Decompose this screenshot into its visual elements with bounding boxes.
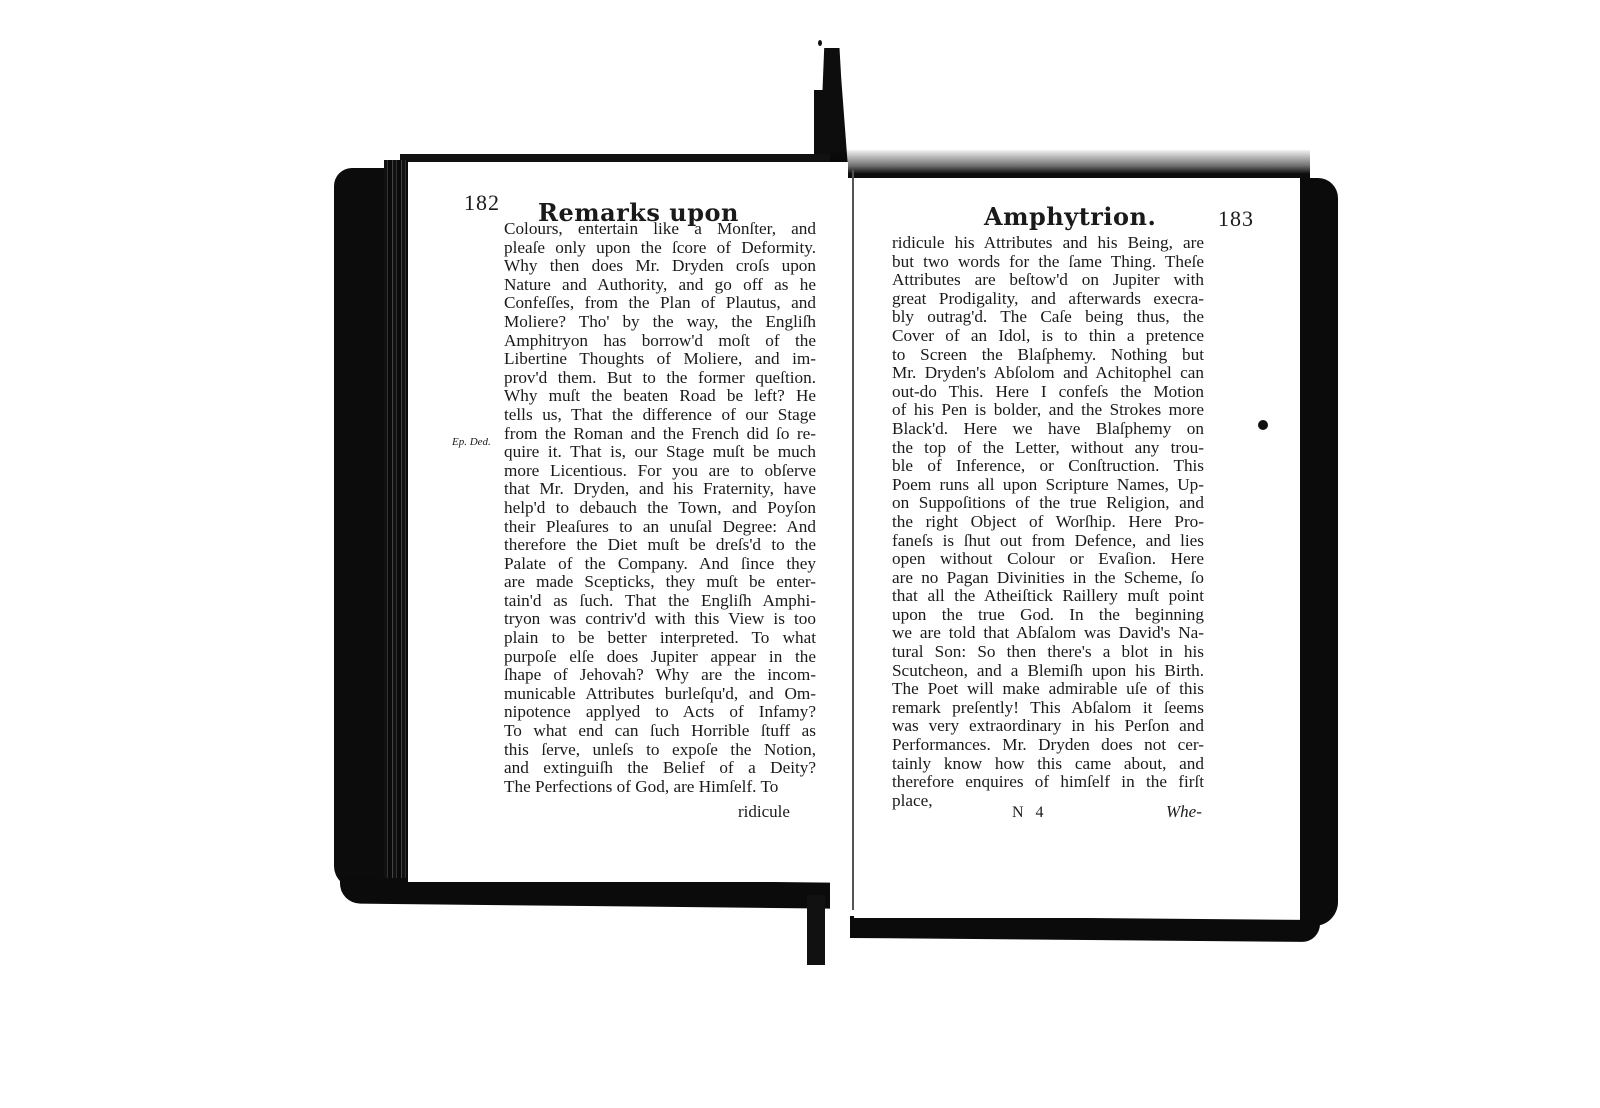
text-line: great Prodigality, and afterwards execra… (892, 290, 1204, 309)
text-line: Mr. Dryden's Abſolom and Achitophel can (892, 364, 1204, 383)
text-line: The Poet will make admirable uſe of this (892, 680, 1204, 699)
scanned-book-spread: 182 Remarks upon Ep. Ded. Colours, enter… (0, 0, 1600, 1108)
text-line: Attributes are beſtow'd on Jupiter with (892, 271, 1204, 290)
text-line: quire it. That is, our Stage muſt be muc… (504, 443, 816, 462)
spine-bottom-shadow (807, 895, 825, 965)
text-line: ble of Inference, or Conſtruction. This (892, 457, 1204, 476)
text-line: prov'd them. But to the former queſtion. (504, 369, 816, 388)
text-line: municable Attributes burleſqu'd, and Om- (504, 685, 816, 704)
text-line: tells us, That the difference of our Sta… (504, 406, 816, 425)
text-line: was very extraordinary in his Perſon and (892, 717, 1204, 736)
text-line: from the Roman and the French did ſo re- (504, 425, 816, 444)
text-line: Moliere? Tho' by the way, the Engliſh (504, 313, 816, 332)
text-line: help'd to debauch the Town, and Poyſon (504, 499, 816, 518)
text-line: Libertine Thoughts of Moliere, and im- (504, 350, 816, 369)
text-line: Cover of an Idol, is to thin a pretence (892, 327, 1204, 346)
text-line: tryon was contriv'd with this View is to… (504, 610, 816, 629)
text-line: Nature and Authority, and go off as he (504, 276, 816, 295)
text-line: open without Colour or Evaſion. Here (892, 550, 1204, 569)
cover-bottom-edge-right (850, 916, 1320, 942)
page-number: 182 (464, 190, 500, 216)
text-line: tainly know how this came about, and (892, 755, 1204, 774)
cover-bottom-edge-left (340, 877, 830, 908)
text-line: remark preſently! This Abſalom it ſeems (892, 699, 1204, 718)
text-line: that Mr. Dryden, and his Fraternity, hav… (504, 480, 816, 499)
text-line: are made Scepticks, they muſt be enter- (504, 573, 816, 592)
text-line: and extinguiſh the Belief of a Deity? (504, 759, 816, 778)
text-line: The Perfections of God, are Himſelf. To (504, 778, 816, 797)
text-line: Why muſt the beaten Road be left? He (504, 387, 816, 406)
text-line: Confeſſes, from the Plan of Plautus, and (504, 294, 816, 313)
text-line: out-do This. Here I confeſs the Motion (892, 383, 1204, 402)
page-number: 183 (1218, 206, 1254, 232)
text-line: Black'd. Here we have Blaſphemy on (892, 420, 1204, 439)
text-line: Palate of the Company. And ſince they (504, 555, 816, 574)
text-line: upon the true God. In the beginning (892, 606, 1204, 625)
cover-top-edge-left (400, 154, 830, 162)
text-line: nipotence applyed to Acts of Infamy? (504, 703, 816, 722)
signature-mark: N 4 (1012, 804, 1048, 822)
text-line: we are told that Abſalom was David's Na- (892, 624, 1204, 643)
cover-right-edge (1300, 178, 1338, 926)
right-page: Amphytrion. 183 ridicule his Attributes … (854, 178, 1300, 918)
text-line: Poem runs all upon Scripture Names, Up- (892, 476, 1204, 495)
catchword: ridicule (738, 802, 790, 822)
text-line: this ſerve, unleſs to expoſe the Notion, (504, 741, 816, 760)
text-line: therefore enquires of himſelf in the fir… (892, 773, 1204, 792)
ink-speck (1258, 420, 1268, 430)
text-line: the top of the Letter, without any trou- (892, 439, 1204, 458)
text-line: Why then does Mr. Dryden croſs upon (504, 257, 816, 276)
running-head: Amphytrion. (984, 202, 1156, 231)
text-line: are no Pagan Divinities in the Scheme, ſ… (892, 569, 1204, 588)
text-line: pleaſe only upon the ſcore of Deformity. (504, 239, 816, 258)
text-line: Amphitryon has borrow'd moſt of the (504, 332, 816, 351)
text-line: on Suppoſitions of the true Religion, an… (892, 494, 1204, 513)
ink-speck (818, 40, 822, 46)
text-line: but two words for the ſame Thing. Theſe (892, 253, 1204, 272)
text-line: faneſs is ſhut out from Defence, and lie… (892, 532, 1204, 551)
text-line: ſhape of Jehovah? Why are the incom- (504, 666, 816, 685)
text-line: tain'd as ſuch. That the Engliſh Amphi- (504, 592, 816, 611)
text-line: place, (892, 792, 1204, 811)
text-line: Scutcheon, and a Blemiſh upon his Birth. (892, 662, 1204, 681)
text-line: Colours, entertain like a Monſter, and (504, 220, 816, 239)
text-line: the right Object of Worſhip. Here Pro- (892, 513, 1204, 532)
body-text: Colours, entertain like a Monſter, andpl… (504, 220, 816, 796)
text-line: ridicule his Attributes and his Being, a… (892, 234, 1204, 253)
cover-left-edge (334, 168, 384, 888)
catchword: Whe- (1166, 802, 1202, 822)
text-line: of his Pen is bolder, and the Strokes mo… (892, 401, 1204, 420)
text-line: purpoſe elſe does Jupiter appear in the (504, 648, 816, 667)
cover-top-edge-right (830, 150, 1310, 178)
left-page: 182 Remarks upon Ep. Ded. Colours, enter… (408, 162, 848, 882)
text-line: plain to be better interpreted. To what (504, 629, 816, 648)
text-line: more Licentious. For you are to obſerve (504, 462, 816, 481)
margin-note: Ep. Ded. (452, 436, 491, 448)
text-line: therefore the Diet muſt be dreſs'd to th… (504, 536, 816, 555)
text-line: tural Son: So then there's a blot in his (892, 643, 1204, 662)
text-line: bly outrag'd. The Caſe being thus, the (892, 308, 1204, 327)
page-edges-left (384, 160, 408, 890)
text-line: To what end can ſuch Horrible ſtuff as (504, 722, 816, 741)
text-line: that all the Atheiſtick Raillery muſt po… (892, 587, 1204, 606)
body-text: ridicule his Attributes and his Being, a… (892, 234, 1204, 810)
text-line: their Pleaſures to an unuſal Degree: And (504, 518, 816, 537)
text-line: to Screen the Blaſphemy. Nothing but (892, 346, 1204, 365)
text-line: Performances. Mr. Dryden does not cer- (892, 736, 1204, 755)
